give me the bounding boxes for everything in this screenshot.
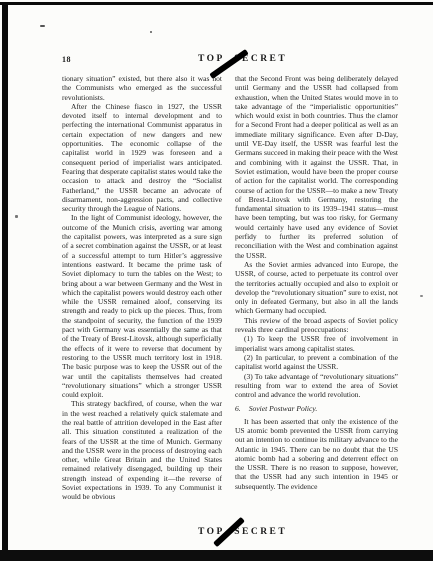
scan-speck	[420, 295, 423, 297]
numbered-point-2: (2) In particular, to prevent a combinat…	[235, 353, 398, 372]
numbered-point-1: (1) To keep the USSR free of involvement…	[235, 334, 398, 353]
paragraph: This review of the broad aspects of Sovi…	[235, 316, 398, 335]
section-title: Soviet Postwar Policy.	[249, 404, 318, 413]
scan-speck	[150, 31, 152, 33]
paragraph: It has been asserted that only the exist…	[235, 417, 398, 491]
page-number: 18	[62, 55, 71, 64]
page-body: tionary situation” existed, but there al…	[62, 74, 398, 502]
scan-speck	[40, 25, 45, 27]
left-column: tionary situation” existed, but there al…	[62, 74, 222, 502]
classification-stamp-footer: TOP SECRET	[198, 527, 287, 537]
scan-speck	[15, 215, 18, 218]
scan-border-bottom	[0, 550, 433, 561]
paragraph: that the Second Front was being delibera…	[235, 74, 398, 260]
paragraph: In the light of Communist ideology, howe…	[62, 213, 222, 399]
paragraph: After the Chinese fiasco in 1927, the US…	[62, 102, 222, 214]
paragraph: tionary situation” existed, but there al…	[62, 74, 222, 102]
section-number: 6.	[235, 404, 241, 413]
paragraph: As the Soviet armies advanced into Europ…	[235, 260, 398, 316]
numbered-point-3: (3) To take advantage of “revolutionary …	[235, 372, 398, 400]
paragraph: This strategy backfired, of course, when…	[62, 399, 222, 501]
scan-border-left	[2, 2, 8, 558]
section-heading: 6.Soviet Postwar Policy.	[235, 404, 398, 413]
right-column: that the Second Front was being delibera…	[235, 74, 398, 502]
document-page: 18 TOP SECRET tionary situation” existed…	[0, 0, 433, 561]
scan-border-top	[0, 2, 433, 5]
